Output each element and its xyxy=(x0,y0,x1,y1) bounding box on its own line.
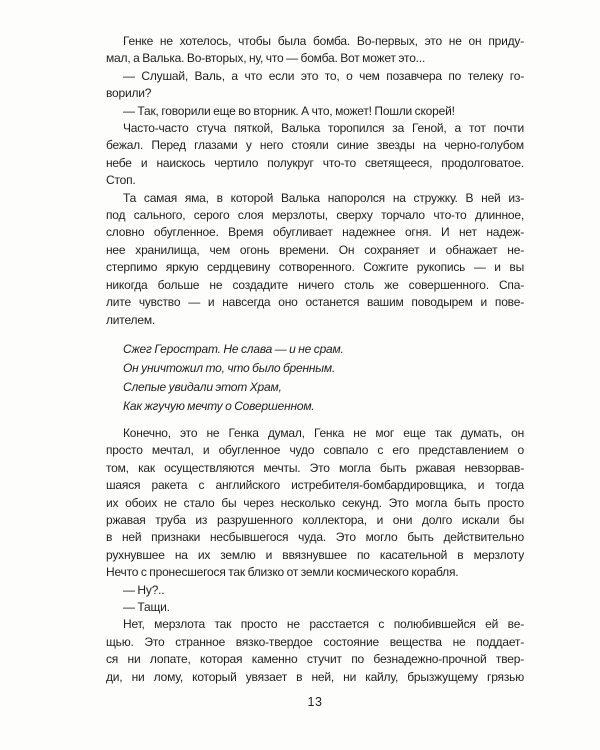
text-line: рухнувшее на их землю и ввязнувшее по ка… xyxy=(106,547,524,564)
verse-line: Он уничтожил то, что было бренным. xyxy=(123,359,524,378)
text-column: Генке не хотелось, чтобы была бомба. Во-… xyxy=(106,33,524,686)
text-line: бежал. Перед глазами у него стояли синие… xyxy=(106,137,524,154)
text-line: — Слушай, Валь, а что если это то, о чем… xyxy=(106,68,524,85)
dialogue-paragraph: — Слушай, Валь, а что если это то, о чем… xyxy=(106,68,524,103)
text-line: словно обугленное. Время обугливает наде… xyxy=(106,224,524,241)
text-line: Стоп. xyxy=(106,172,524,189)
text-line: Генке не хотелось, чтобы была бомба. Во-… xyxy=(106,33,524,50)
text-line: — Тащи. xyxy=(106,599,524,616)
text-line: под сального, серого слоя мерзлоты, свер… xyxy=(106,207,524,224)
text-line: Нет, мерзлота так просто не расстается с… xyxy=(106,616,524,633)
text-line: — Так, говорили еще во вторник. А что, м… xyxy=(106,103,524,120)
text-line: Часто-часто стуча пяткой, Валька торопил… xyxy=(106,120,524,137)
text-line: щью. Это странное вязко-твердое состояни… xyxy=(106,634,524,651)
text-line: просто мечтал, и обугленное чудо совпало… xyxy=(106,442,524,459)
text-line: стерпимо яркую сердцевину сотворенного. … xyxy=(106,259,524,276)
dialogue-paragraph: — Так, говорили еще во вторник. А что, м… xyxy=(106,103,524,120)
book-page: Генке не хотелось, чтобы была бомба. Во-… xyxy=(0,0,600,750)
text-line: мал, а Валька. Во-вторых, ну, что — бомб… xyxy=(106,50,524,67)
text-line: лителем. xyxy=(106,312,524,329)
text-line: ся ни лопате, которая каменно стучит по … xyxy=(106,651,524,668)
paragraph: Конечно, это не Генка думал, Генка не мо… xyxy=(106,425,524,582)
text-line: нее хранилища, чем огонь времени. Он сох… xyxy=(106,242,524,259)
text-line: в ней признаки несбывшегося чуда. Это мо… xyxy=(106,529,524,546)
text-line: Нечто с пронесшегося так близко от земли… xyxy=(106,564,524,581)
text-line: ди, ни лому, который увязает в ней, ни к… xyxy=(106,669,524,686)
verse-stanza: Сжег Герострат. Не слава — и не срам. Он… xyxy=(106,340,524,416)
paragraph: Нет, мерзлота так просто не расстается с… xyxy=(106,616,524,686)
text-line: — Ну?.. xyxy=(106,582,524,599)
verse-line: Сжег Герострат. Не слава — и не срам. xyxy=(123,340,524,359)
text-line: лите чувство — и навсегда оно останется … xyxy=(106,294,524,311)
verse-line: Как жгучую мечту о Совершенном. xyxy=(123,397,524,416)
text-line: ворили? xyxy=(106,85,524,102)
text-line: ржавая труба из разрушенного коллектора,… xyxy=(106,512,524,529)
text-line: Та самая яма, в которой Валька напоролся… xyxy=(106,190,524,207)
paragraph: Та самая яма, в которой Валька напоролся… xyxy=(106,190,524,329)
text-line: том, как осуществляются мечты. Это могла… xyxy=(106,460,524,477)
text-line: Конечно, это не Генка думал, Генка не мо… xyxy=(106,425,524,442)
verse-line: Слепые увидали этот Храм, xyxy=(123,378,524,397)
dialogue-paragraph: — Ну?.. xyxy=(106,582,524,599)
text-line: шаяся ракета с английского истребителя-б… xyxy=(106,477,524,494)
text-line: никогда больше не создадите ничего столь… xyxy=(106,277,524,294)
text-line: небе и наискось чертило полукруг что-то … xyxy=(106,155,524,172)
text-line: их обоих не стало бы через несколько сек… xyxy=(106,495,524,512)
paragraph: Генке не хотелось, чтобы была бомба. Во-… xyxy=(106,33,524,68)
paragraph: Часто-часто стуча пяткой, Валька торопил… xyxy=(106,120,524,190)
dialogue-paragraph: — Тащи. xyxy=(106,599,524,616)
page-number: 13 xyxy=(106,695,524,709)
